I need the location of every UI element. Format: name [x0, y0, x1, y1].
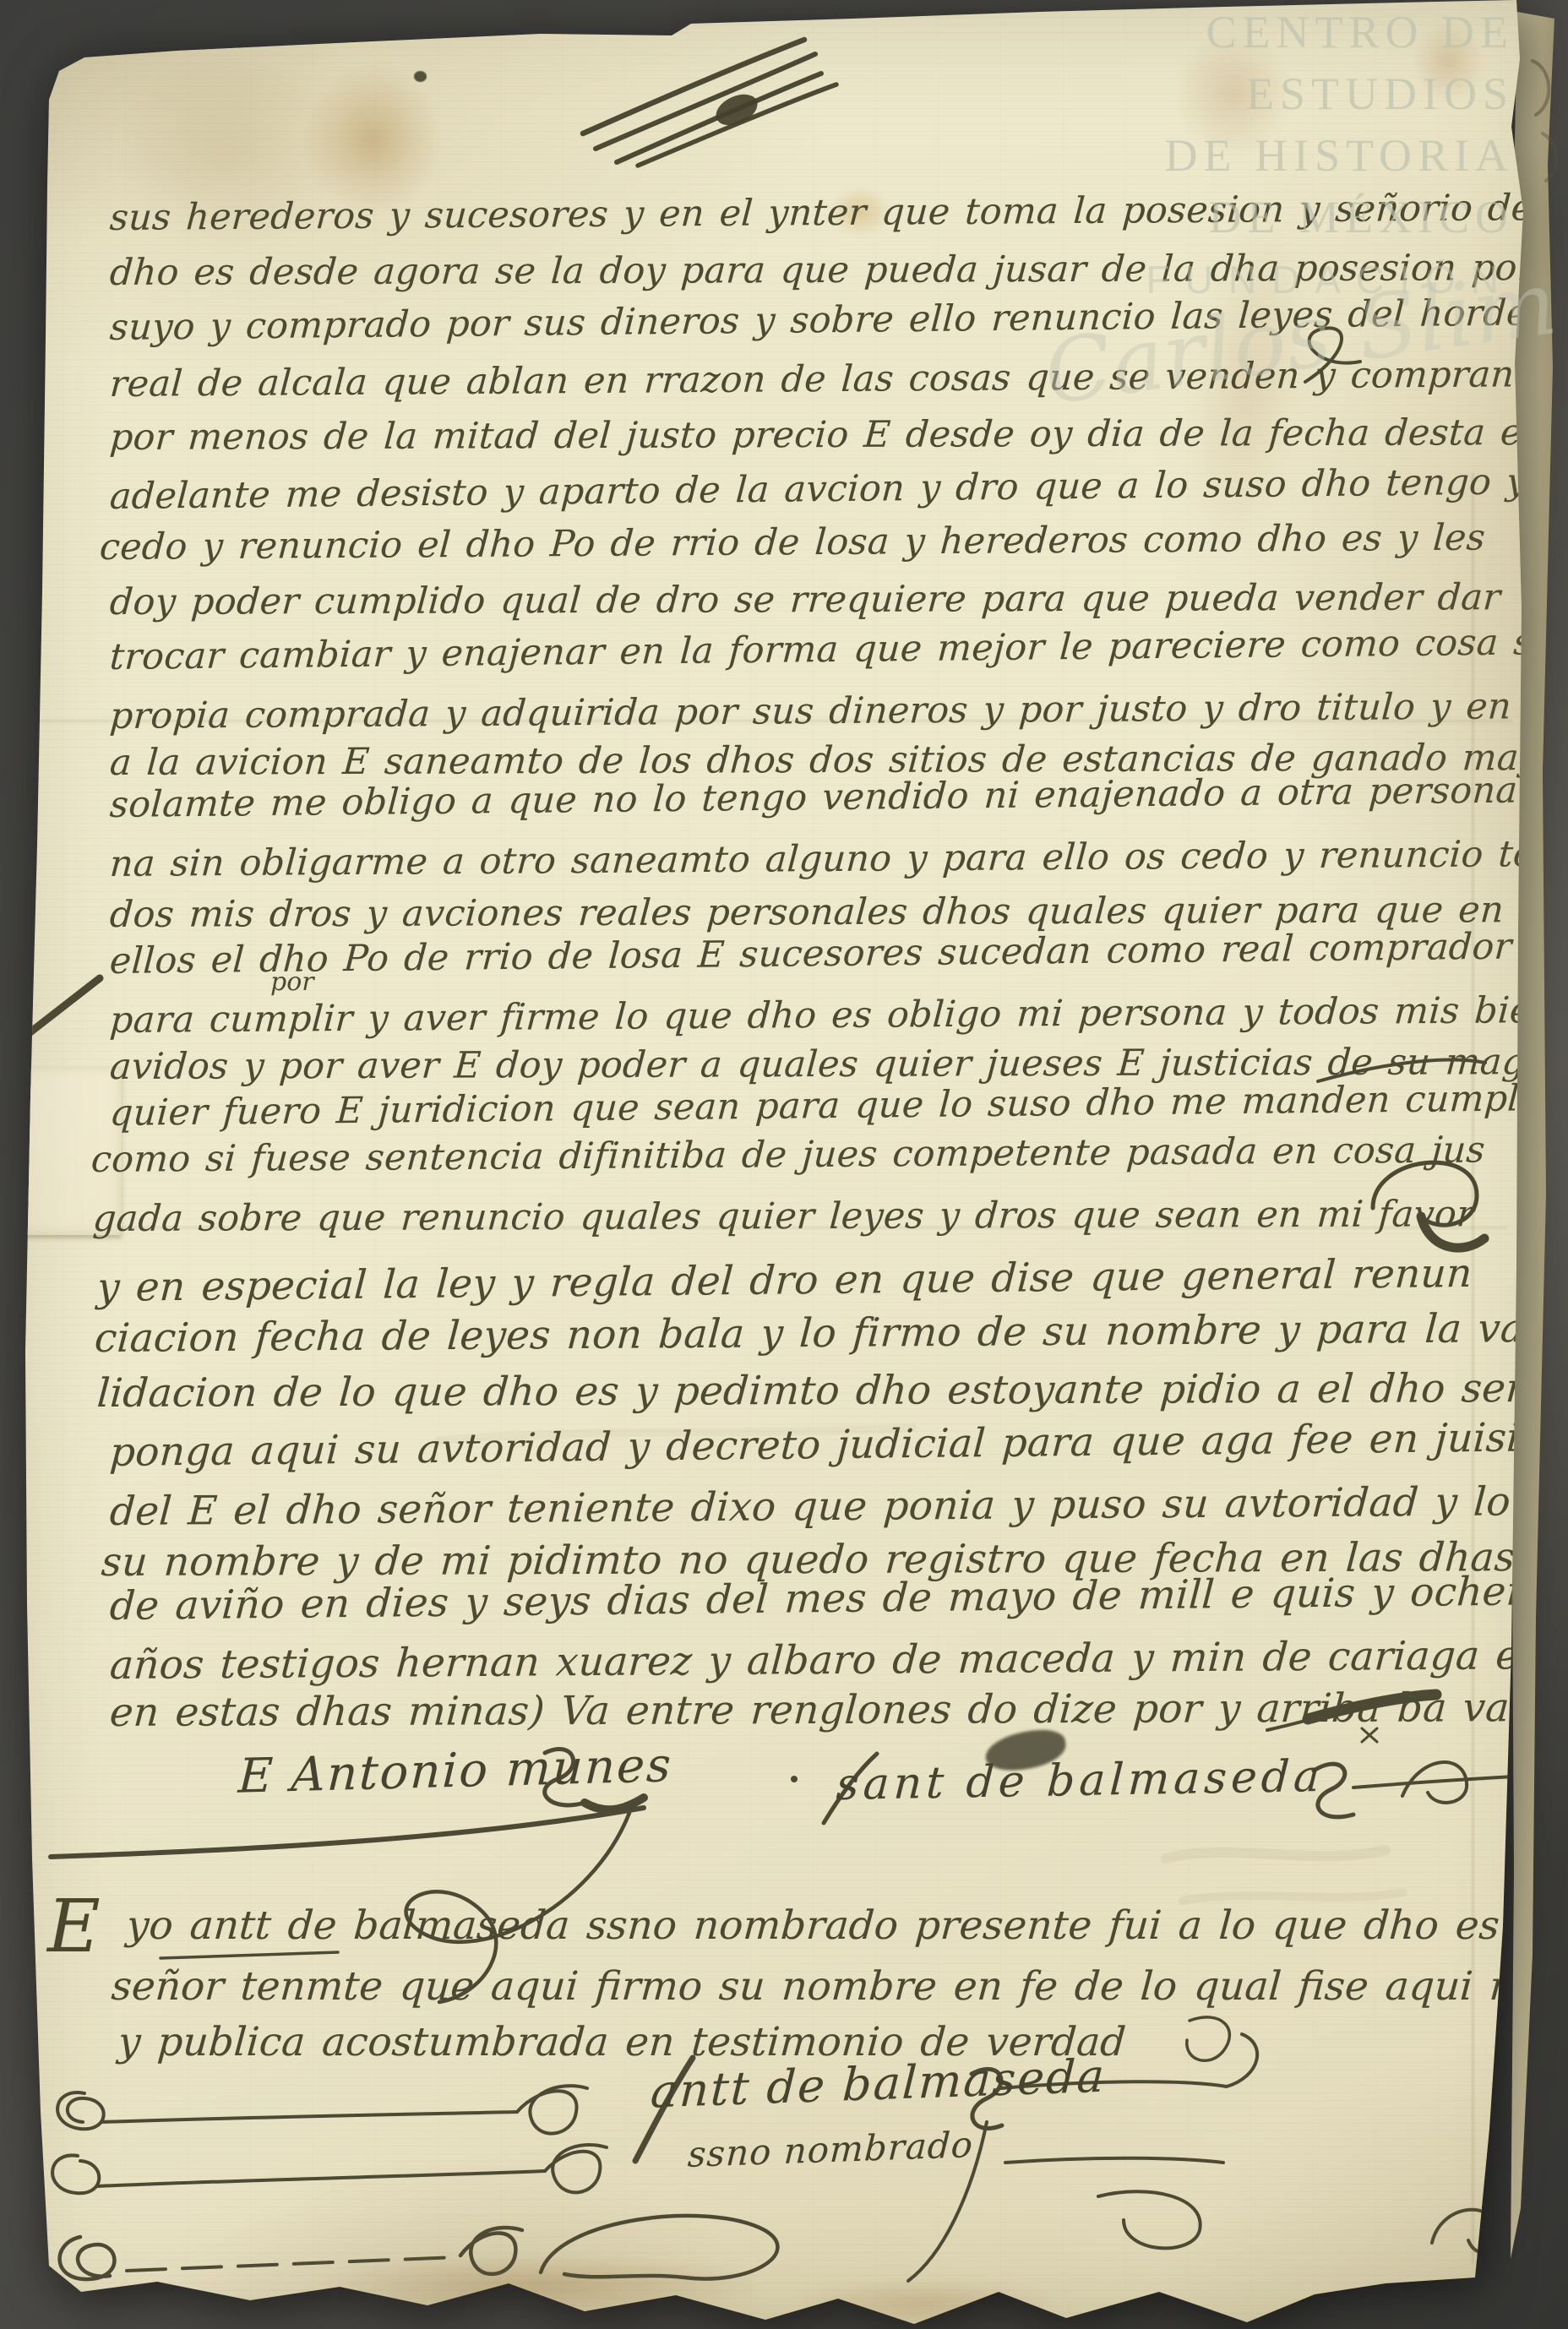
interlinear-word: por: [270, 970, 314, 995]
manuscript-line-25: del E el dho señor teniente dixo que pon…: [108, 1480, 1568, 1534]
margin-slash-icon: [24, 978, 100, 1037]
manuscript-line-12: solamte me obligo a que no lo tengo vend…: [109, 770, 1568, 824]
age-stain: [118, 56, 346, 250]
fold-crease: [1472, 473, 1474, 2264]
manuscript-line-27: de aviño en dies y seys dias del mes de …: [108, 1569, 1568, 1629]
manuscript-line-21: y en especial la ley y regla del dro en …: [95, 1253, 1473, 1310]
age-stain: [1173, 210, 1324, 559]
fold-crease: [34, 1227, 1507, 1229]
bleed-through: [439, 1428, 1402, 1901]
manuscript-line-2: dho es desde agora se la doy para que pu…: [108, 248, 1568, 292]
manuscript-line-24: ponga aqui su avtoridad y decreto judici…: [108, 1415, 1568, 1475]
final-signature-rubric: [635, 2058, 1002, 2281]
line-end-sweep: [1318, 1059, 1485, 1081]
fold-crease: [34, 720, 1512, 722]
ink-blot: [983, 1727, 1068, 1775]
manuscript-line-4: real de alcala que ablan en rrazon de la…: [109, 354, 1568, 405]
line-end-hook: [1373, 1162, 1484, 1248]
manuscript-line-18: quier fuero E juridicion que sean para q…: [109, 1079, 1550, 1133]
manuscript-line-9: trocar cambiar y enajenar en la forma qu…: [109, 623, 1568, 677]
manuscript-line-15: ellos el dho Po de rrio de losa E suceso…: [109, 927, 1568, 982]
manuscript-line-28: años testigos hernan xuarez y albaro de …: [108, 1634, 1568, 1688]
closing-line: y publica acostumbrada en testimonio de …: [117, 2022, 1127, 2062]
manuscript-line-29: en estas dhas minas) Va entre renglones …: [108, 1687, 1547, 1735]
closing-line: señor tenmte que aqui firmo su nombre en…: [110, 1967, 1568, 2006]
name-underline: [161, 1952, 338, 1958]
manuscript-line-13: na sin obligarme a otro saneamto alguno …: [109, 835, 1537, 884]
repair-patch: [7, 1066, 122, 1235]
ink-speck: [414, 71, 427, 82]
manuscript-line-8: doy poder cumplido qual de dro se rrequi…: [108, 578, 1501, 622]
manuscript-line-17: avidos y por aver E doy poder a quales q…: [108, 1042, 1568, 1087]
manuscript-line-5: por menos de la mitad del justo precio E…: [108, 412, 1568, 457]
photograph-background: sus herederos y sucesores y en el ynter …: [0, 0, 1568, 2329]
manuscript-page: sus herederos y sucesores y en el ynter …: [0, 0, 1568, 2329]
final-signature-name: antt de balmaseda: [650, 2054, 1108, 2115]
paper-sheet: sus herederos y sucesores y en el ynter …: [0, 0, 1568, 2329]
manuscript-line-11: a la avicion E saneamto de los dhos dos …: [108, 738, 1568, 783]
manuscript-line-6: adelante me desisto y aparto de la avcio…: [109, 462, 1568, 517]
age-stain: [830, 188, 890, 237]
pen-flourishes: [0, 0, 1568, 2329]
pen-trial-strokes-icon: [583, 40, 836, 166]
age-stain: [1413, 22, 1484, 102]
age-stain: [317, 2254, 765, 2317]
manuscript-line-23: lidacion de lo que dho es y pedimto dho …: [95, 1367, 1568, 1416]
final-signature-title: ssno nombrado: [687, 2127, 974, 2173]
notary-signature-rubric: [824, 1728, 1561, 1823]
manuscript-line-7: cedo y renuncio el dho Po de rrio de los…: [99, 519, 1487, 568]
manuscript-line-10: propia comprada y adquirida por sus dine…: [109, 686, 1568, 736]
age-stain: [302, 66, 442, 214]
witness-signature-rubric: [51, 1749, 644, 2002]
witness-signature: E Antonio munes: [237, 1738, 674, 1804]
notary-signature: sant de balmaseda: [835, 1751, 1325, 1810]
manuscript-line-1: sus herederos y sucesores y en el ynter …: [109, 188, 1568, 238]
closing-initial: E: [47, 1891, 101, 1963]
age-stain: [794, 2279, 1056, 2326]
manuscript-line-19: como si fuese sentencia difinitiba de ju…: [90, 1130, 1487, 1179]
manuscript-line-3: suyo y comprado por sus dineros y sobre …: [109, 292, 1568, 347]
manuscript-line-14: dos mis dros y avciones reales personale…: [108, 890, 1568, 935]
line-filler-flourishes: [52, 2017, 1517, 2279]
closing-line: yo antt de balmaseda ssno nombrado prese…: [125, 1906, 1568, 1945]
manuscript-line-16: para cumplir y aver firme lo que dho es …: [109, 991, 1568, 1041]
margin-letter: a: [14, 1850, 33, 1882]
abbreviation-flourish: [1305, 328, 1360, 382]
manuscript-line-22: ciacion fecha de leyes non bala y lo fir…: [93, 1308, 1525, 1361]
closing-dash: [1267, 1695, 1436, 1730]
manuscript-line-26: su nombre y de mi pidimto no quedo regis…: [100, 1537, 1568, 1585]
manuscript-line-20: gada sobre que renuncio quales quier ley…: [91, 1194, 1475, 1238]
age-stain: [1176, 30, 1290, 157]
